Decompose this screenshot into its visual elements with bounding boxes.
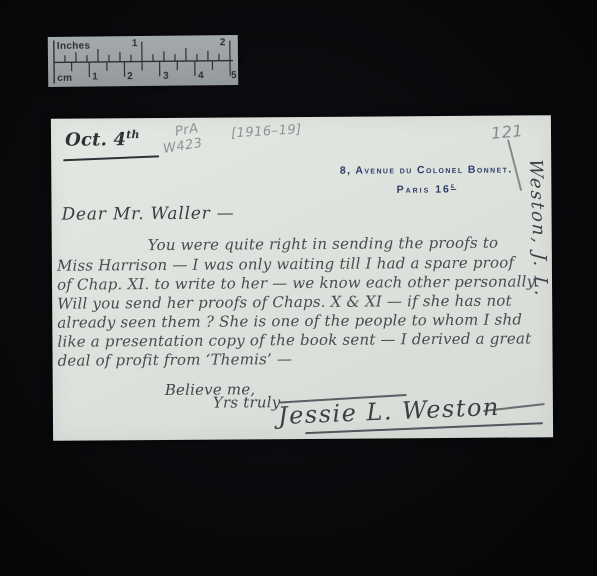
body-line-5: already seen them ? She is one of the pe…: [57, 310, 522, 331]
date-estimate-note: [1916–19]: [231, 122, 303, 141]
ruler-cm-number-2: 2: [127, 72, 133, 82]
letter-card: Oct. 4th PrA W423 [1916–19] 121 8, Avenu…: [51, 115, 553, 440]
ruler-inch-number-2: 2: [220, 38, 226, 48]
measurement-ruler: Inches 1 2 cm 1 2 3 4 5: [48, 35, 239, 87]
letter-date-main: Oct. 4: [65, 129, 126, 150]
letterhead-city-line: Paris 16e: [291, 182, 561, 196]
ruler-cm-number-3: 3: [163, 72, 169, 82]
letterhead-city-superscript: e: [451, 183, 456, 190]
body-line-3: of Chap. XI. to write to her — we know e…: [57, 272, 538, 293]
date-underline-flourish: [63, 155, 159, 161]
body-line-7: deal of profit from ‘Themis’ —: [58, 350, 293, 370]
letterhead-address-line: 8, Avenue du Colonel Bonnet.: [291, 163, 561, 177]
ruler-inch-number-1: 1: [132, 39, 138, 49]
ruler-inches-label: Inches: [57, 42, 91, 52]
shelfmark-bottom: W423: [162, 136, 204, 157]
salutation: Dear Mr. Waller —: [61, 203, 234, 224]
ruler-cm-number-1: 1: [92, 72, 98, 82]
body-line-1: You were quite right in sending the proo…: [148, 234, 499, 254]
letter-date: Oct. 4th: [65, 128, 140, 151]
ruler-cm-number-4: 4: [198, 71, 204, 81]
body-line-4: Will you send her proofs of Chaps. X & X…: [57, 292, 512, 313]
body-line-6: like a presentation copy of the book sen…: [57, 329, 531, 350]
body-line-2: Miss Harrison — I was only waiting till …: [57, 254, 514, 275]
ruler-cm-number-5: 5: [231, 71, 237, 81]
letterhead-city-main: Paris 16: [397, 183, 451, 195]
letter-date-superscript: th: [126, 128, 140, 141]
closing-yrs-truly: Yrs truly: [213, 393, 281, 411]
ruler-cm-label: cm: [57, 74, 72, 84]
